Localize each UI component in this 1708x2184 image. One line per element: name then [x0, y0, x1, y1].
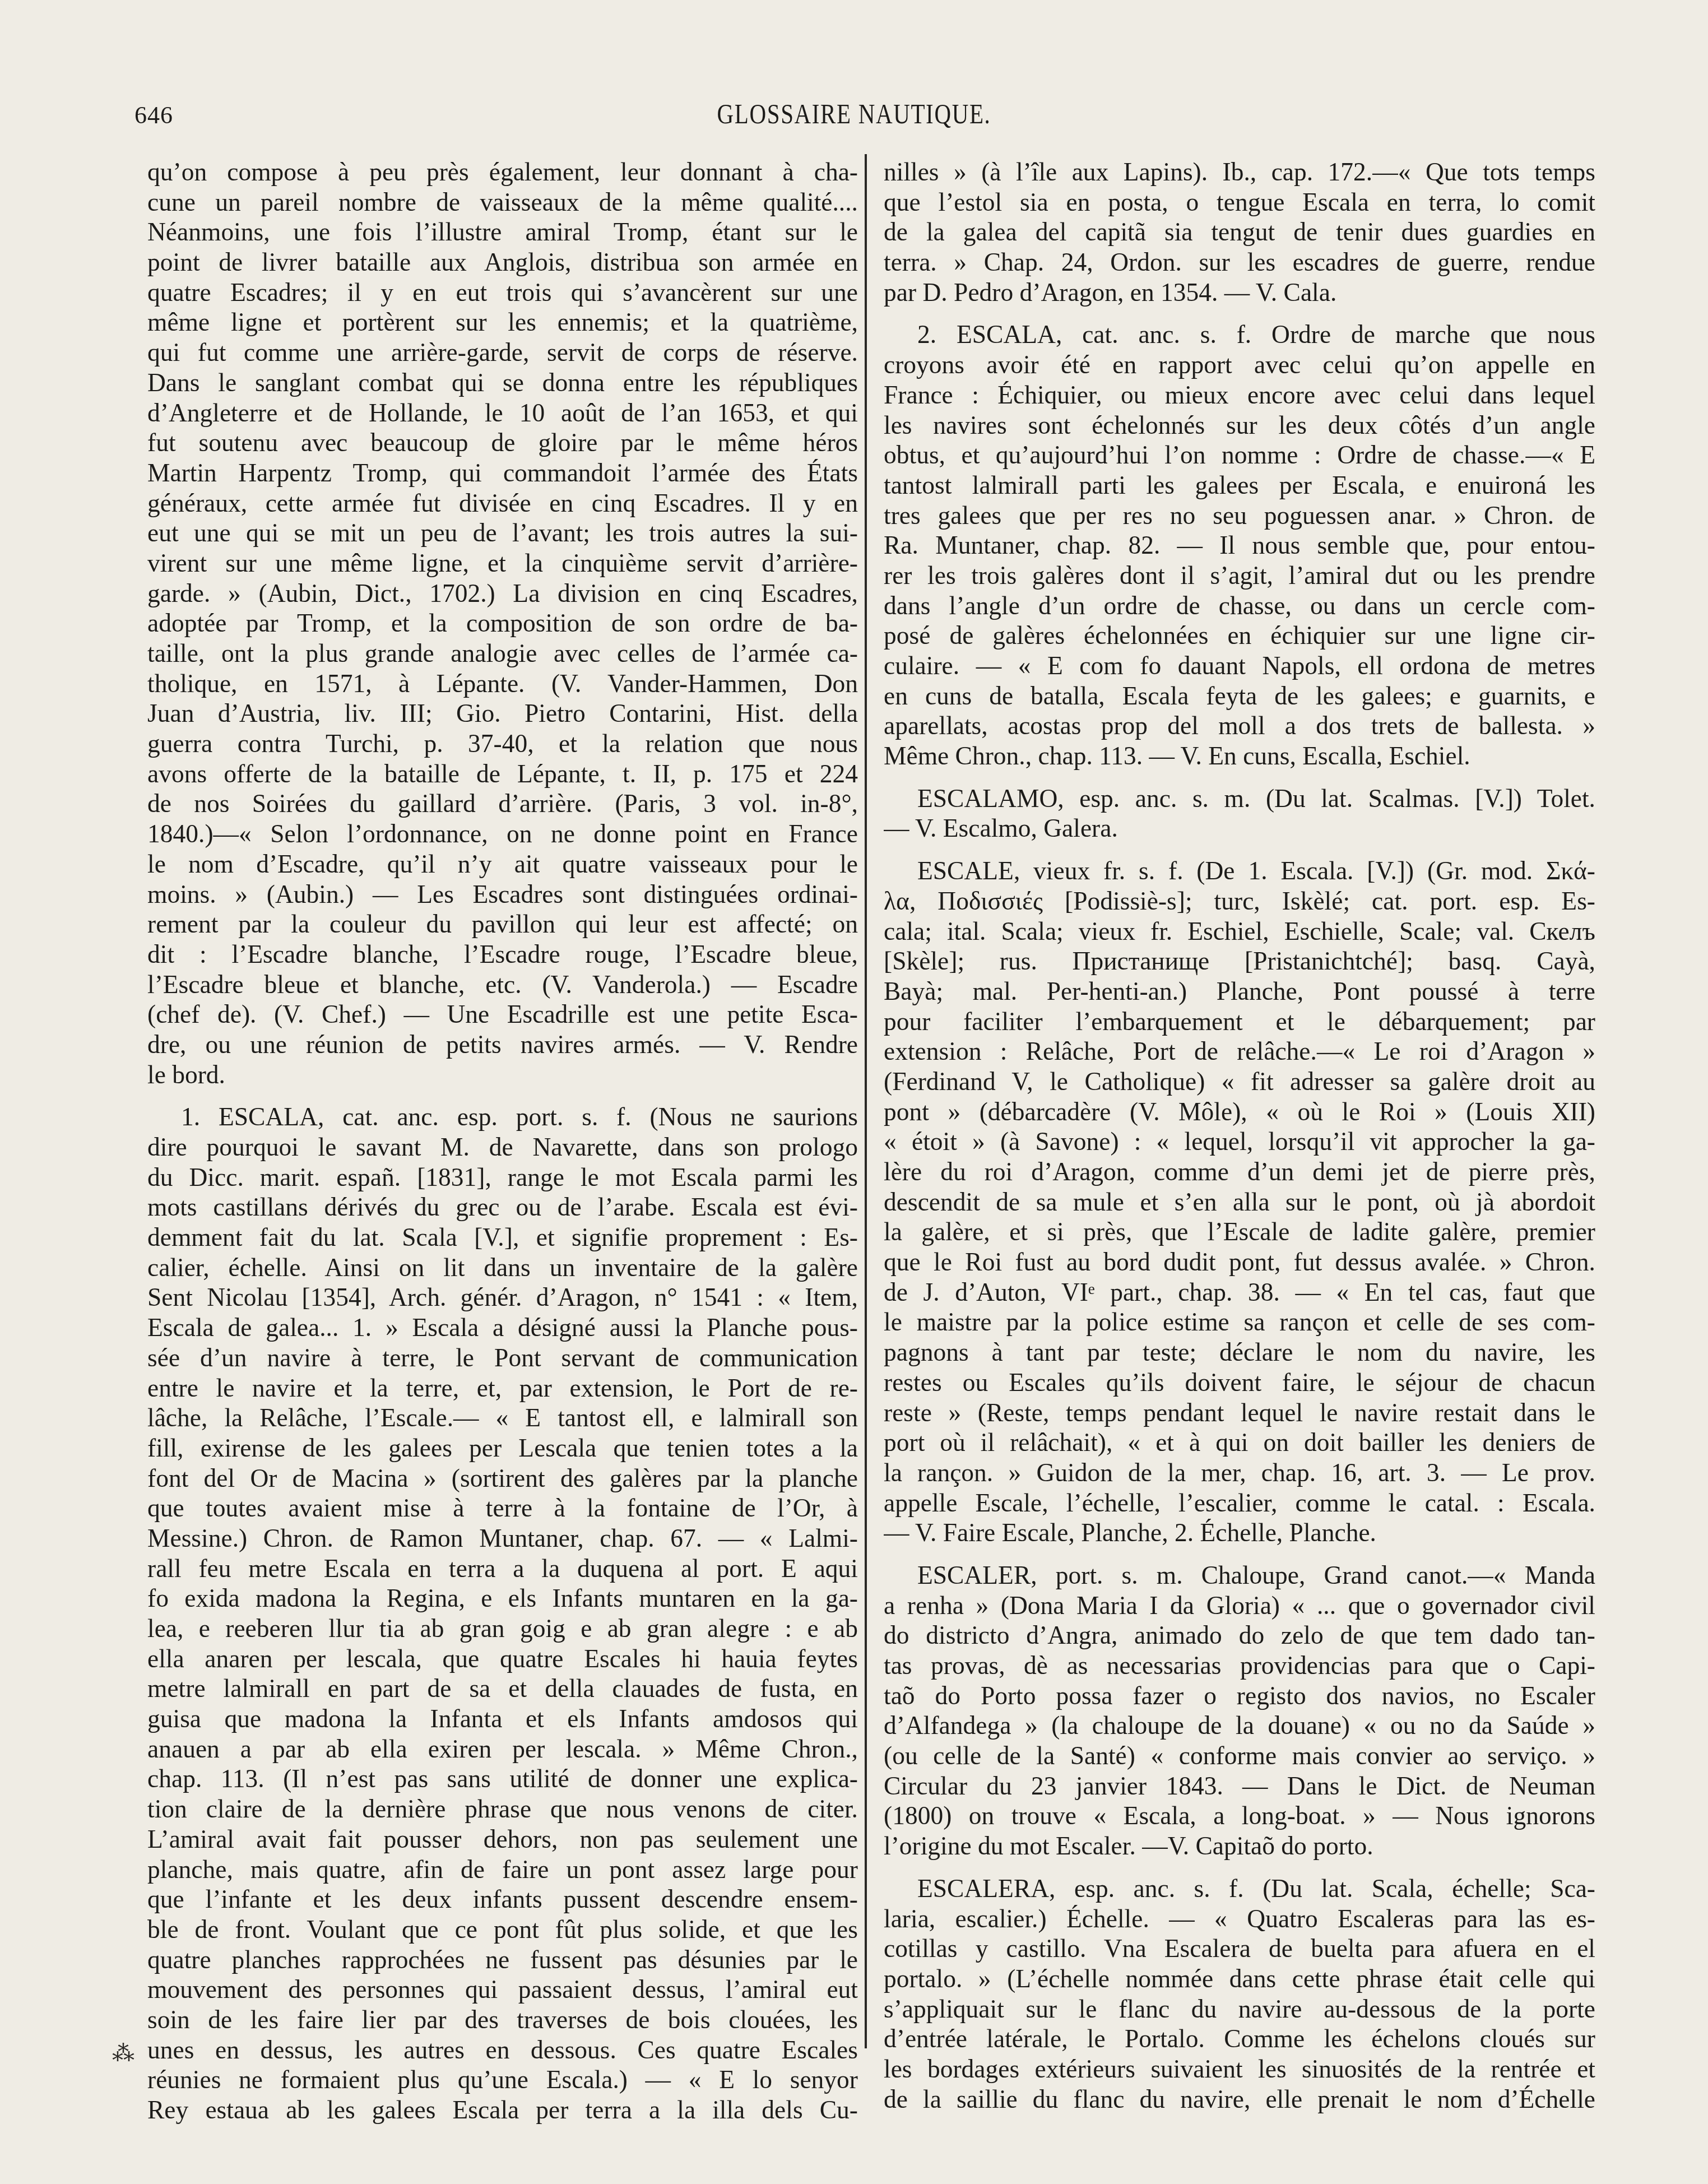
text-line: que toutes avaient mise à terre à la fon…	[147, 1493, 858, 1523]
text-line: moins. » (Aubin.) — Les Escadres sont di…	[147, 879, 858, 910]
text-line: calier, échelle. Ainsi on lit dans un in…	[147, 1253, 858, 1283]
text-line: — V. Faire Escale, Planche, 2. Échelle, …	[884, 1518, 1595, 1548]
entry-separator	[884, 307, 1595, 319]
text-line: de la galea del capitã sia tengut de ten…	[884, 217, 1595, 247]
text-line: mots castillans dérivés du grec ou de l’…	[147, 1192, 858, 1222]
text-line: quatre planches rapprochées ne fussent p…	[147, 1945, 858, 1975]
entry-separator	[884, 1548, 1595, 1560]
text-line: taõ do Porto possa fazer o registo dos n…	[884, 1681, 1595, 1711]
text-line: que l’estol sia en posta, o tengue Escal…	[884, 187, 1595, 217]
text-line: extension : Relâche, Port de relâche.—« …	[884, 1036, 1595, 1067]
text-line: la rançon. » Guidon de la mer, chap. 16,…	[884, 1458, 1595, 1488]
text-line: qu’on compose à peu près également, leur…	[147, 157, 858, 187]
text-line: rement par la couleur du pavillon qui le…	[147, 909, 858, 939]
text-line: qui fut comme une arrière-garde, servit …	[147, 337, 858, 368]
left-column-text: qu’on compose à peu près également, leur…	[147, 157, 858, 2125]
text-line: de nos Soirées du gaillard d’arrière. (P…	[147, 789, 858, 819]
text-line: (chef de). (V. Chef.) — Une Escadrille e…	[147, 999, 858, 1030]
text-line: du Dicc. marit. españ. [1831], range le …	[147, 1162, 858, 1193]
text-line: avons offerte de la bataille de Lépante,…	[147, 759, 858, 789]
text-line: do districto d’Angra, animado do zelo de…	[884, 1620, 1595, 1650]
text-line: portalo. » (L’échelle nommée dans cette …	[884, 1964, 1595, 1994]
text-line: Bayà; mal. Per-henti-an.) Planche, Pont …	[884, 976, 1595, 1007]
entry-headword-line: 2. ESCALA, cat. anc. s. f. Ordre de marc…	[884, 319, 1595, 350]
text-line: ella anaren per lescala, que quatre Esca…	[147, 1644, 858, 1674]
text-line: reste » (Reste, temps pendant lequel le …	[884, 1398, 1595, 1428]
text-line: fut soutenu avec beaucoup de gloire par …	[147, 428, 858, 458]
text-line: obtus, et qu’aujourd’hui l’on nomme : Or…	[884, 440, 1595, 470]
text-line: dre, ou une réunion de petits navires ar…	[147, 1030, 858, 1060]
text-line: que l’infante et les deux infants pussen…	[147, 1884, 858, 1914]
text-line: Juan d’Austria, liv. III; Gio. Pietro Co…	[147, 698, 858, 729]
text-line: Messine.) Chron. de Ramon Muntaner, chap…	[147, 1523, 858, 1554]
text-line: Rey estaua ab les galees Escala per terr…	[147, 2095, 858, 2125]
text-line: le nom d’Escadre, qu’il n’y ait quatre v…	[147, 849, 858, 879]
text-line: de la saillie du flanc du navire, elle p…	[884, 2084, 1595, 2115]
text-line: en cuns de batalla, Escala feyta de les …	[884, 681, 1595, 711]
text-line: d’Alfandega » (la chaloupe de la douane)…	[884, 1710, 1595, 1741]
text-line: unes en dessus, les autres en dessous. C…	[147, 2035, 858, 2065]
text-line: garde. » (Aubin, Dict., 1702.) La divisi…	[147, 578, 858, 609]
text-line: dans l’angle d’un ordre de chasse, ou da…	[884, 591, 1595, 621]
text-line: entre le navire et la terre, et, par ext…	[147, 1373, 858, 1403]
text-line: taille, ont la plus grande analogie avec…	[147, 638, 858, 669]
text-line: nilles » (à l’île aux Lapins). Ib., cap.…	[884, 157, 1595, 187]
running-head: 646 GLOSSAIRE NAUTIQUE.	[0, 90, 1708, 135]
text-line: guisa que madona la Infanta et els Infan…	[147, 1704, 858, 1734]
text-line: 1840.)—« Selon l’ordonnance, on ne donne…	[147, 819, 858, 849]
text-line: Escala de galea... 1. » Escala a désigné…	[147, 1313, 858, 1343]
text-line: quatre Escadres; il y en eut trois qui s…	[147, 277, 858, 308]
text-line: (1800) on trouve « Escala, a long-boat. …	[884, 1801, 1595, 1831]
text-line: que le Roi fust au bord dudit pont, fut …	[884, 1247, 1595, 1277]
text-line: croyons avoir été en rapport avec celui …	[884, 350, 1595, 380]
text-line: généraux, cette armée fut divisée en cin…	[147, 488, 858, 518]
text-line: font del Or de Macina » (sortirent des g…	[147, 1463, 858, 1494]
text-line: d’Angleterre et de Hollande, le 10 août …	[147, 398, 858, 428]
text-line: [Skèle]; rus. Пристанище [Pristanichtché…	[884, 946, 1595, 976]
text-line: rer les trois galères dont il s’agit, l’…	[884, 560, 1595, 591]
text-line: réunies ne formaient plus qu’une Escala.…	[147, 2065, 858, 2095]
text-line: tholique, en 1571, à Lépante. (V. Vander…	[147, 669, 858, 699]
text-line: les navires sont échelonnés sur les deux…	[884, 410, 1595, 440]
printer-signature-mark-icon: ⁂	[112, 2040, 134, 2066]
text-line: adoptée par Tromp, et la composition de …	[147, 608, 858, 638]
text-line: planche, mais quatre, afin de faire un p…	[147, 1854, 858, 1885]
text-line: pour faciliter l’embarquement et le déba…	[884, 1007, 1595, 1037]
text-line: Ra. Muntaner, chap. 82. — Il nous semble…	[884, 530, 1595, 560]
text-line: culaire. — « E com fo dauant Napols, ell…	[884, 651, 1595, 681]
text-line: descendit de sa mule et s’en alla sur le…	[884, 1187, 1595, 1217]
entry-separator	[884, 771, 1595, 783]
text-line: pagnons à tant par teste; déclare le nom…	[884, 1337, 1595, 1367]
text-line: tion claire de la dernière phrase que no…	[147, 1794, 858, 1824]
text-line: de J. d’Auton, VIᵉ part., chap. 38. — « …	[884, 1277, 1595, 1307]
text-line: posé de galères échelonnées en échiquier…	[884, 620, 1595, 651]
text-line: Sent Nicolau [1354], Arch. génér. d’Arag…	[147, 1282, 858, 1313]
text-line: (Ferdinand V, le Catholique) « fit adres…	[884, 1067, 1595, 1097]
text-line: cune un pareil nombre de vaisseaux de la…	[147, 187, 858, 217]
page-title: GLOSSAIRE NAUTIQUE.	[154, 98, 1554, 130]
text-line: dire pourquoi le savant M. de Navarette,…	[147, 1132, 858, 1162]
text-line: l’Escadre bleue et blanche, etc. (V. Van…	[147, 970, 858, 1000]
text-line: l’origine du mot Escaler. —V. Capitaõ do…	[884, 1831, 1595, 1861]
text-line: virent sur une même ligne, et la cinquiè…	[147, 548, 858, 578]
entry-separator	[884, 843, 1595, 856]
text-line: Circular du 23 janvier 1843. — Dans le D…	[884, 1771, 1595, 1801]
text-line: aparellats, acostas prop del moll a dos …	[884, 711, 1595, 741]
text-line: laria, escalier.) Échelle. — « Quatro Es…	[884, 1904, 1595, 1934]
text-line: — V. Escalmo, Galera.	[884, 813, 1595, 843]
text-line: même ligne et portèrent sur les ennemis;…	[147, 307, 858, 337]
right-column-text: nilles » (à l’île aux Lapins). Ib., cap.…	[884, 157, 1595, 2114]
text-line: Martin Harpentz Tromp, qui commandoit l’…	[147, 458, 858, 488]
text-line: L’amiral avait fait pousser dehors, non …	[147, 1824, 858, 1854]
text-line: lère du roi d’Aragon, comme d’un demi je…	[884, 1157, 1595, 1187]
text-line: terra. » Chap. 24, Ordon. sur les escadr…	[884, 247, 1595, 277]
column-divider-rule	[865, 154, 867, 2048]
text-line: mouvement des personnes qui passaient de…	[147, 1974, 858, 2005]
text-line: tres galees que per res no seu poguessen…	[884, 500, 1595, 531]
text-line: λα, Ποδισσιές [Podissiè-s]; turc, Iskèlé…	[884, 886, 1595, 916]
text-line: anauen a par ab ella exiren per lescala.…	[147, 1734, 858, 1764]
text-line: « étoit » (à Savone) : « lequel, lorsqu’…	[884, 1126, 1595, 1157]
text-line: cotillas y castillo. Vna Escalera de bue…	[884, 1933, 1595, 1964]
entry-headword-line: 1. ESCALA, cat. anc. esp. port. s. f. (N…	[147, 1102, 858, 1132]
text-line: sée d’un navire à terre, le Pont servant…	[147, 1343, 858, 1373]
text-line: tantost lalmirall parti les galees per E…	[884, 470, 1595, 500]
text-line: cala; ital. Scala; vieux fr. Eschiel, Es…	[884, 916, 1595, 947]
text-line: Dans le sanglant combat qui se donna ent…	[147, 368, 858, 398]
text-line: (ou celle de la Santé) « conforme mais c…	[884, 1741, 1595, 1771]
entry-headword-line: ESCALAMO, esp. anc. s. m. (Du lat. Scalm…	[884, 783, 1595, 814]
text-line: eut une qui se mit un peu de l’avant; le…	[147, 518, 858, 548]
text-line: par D. Pedro d’Aragon, en 1354. — V. Cal…	[884, 277, 1595, 308]
text-line: point de livrer bataille aux Anglois, di…	[147, 247, 858, 277]
text-line: restes ou Escales qu’ils doivent faire, …	[884, 1367, 1595, 1398]
text-line: chap. 113. (Il n’est pas sans utilité de…	[147, 1764, 858, 1794]
text-line: demment fait du lat. Scala [V.], et sign…	[147, 1222, 858, 1253]
text-line: fill, exirense de les galees per Lescala…	[147, 1433, 858, 1463]
text-line: appelle Escale, l’échelle, l’escalier, c…	[884, 1488, 1595, 1518]
text-line: tas provas, dè as necessarias providenci…	[884, 1650, 1595, 1681]
text-line: guerra contra Turchi, p. 37-40, et la re…	[147, 729, 858, 759]
entry-headword-line: ESCALERA, esp. anc. s. f. (Du lat. Scala…	[884, 1874, 1595, 1904]
text-line: lâche, la Relâche, l’Escale.— « E tantos…	[147, 1403, 858, 1433]
entry-separator	[147, 1089, 858, 1102]
text-line: s’appliquait sur le flanc du navire au-d…	[884, 1994, 1595, 2024]
text-line: le bord.	[147, 1060, 858, 1090]
text-line: la galère, et si près, que l’Escale de l…	[884, 1217, 1595, 1247]
text-line: rall feu metre Escala en terra a la duqu…	[147, 1554, 858, 1584]
text-line: France : Échiquier, ou mieux encore avec…	[884, 380, 1595, 410]
text-line: a renha » (Dona Maria I da Gloria) « ...…	[884, 1591, 1595, 1621]
text-line: d’entrée latérale, le Portalo. Comme les…	[884, 2024, 1595, 2054]
text-line: ble de front. Voulant que ce pont fût pl…	[147, 1914, 858, 1945]
text-line: soin de les faire lier par des traverses…	[147, 2005, 858, 2035]
text-line: metre lalmirall en part de sa et della c…	[147, 1673, 858, 1704]
entry-separator	[884, 1861, 1595, 1874]
text-line: port où il relâchait), « et à qui on doi…	[884, 1427, 1595, 1458]
text-line: fo exida madona la Regina, e els Infants…	[147, 1583, 858, 1613]
entry-headword-line: ESCALE, vieux fr. s. f. (De 1. Escala. […	[884, 856, 1595, 886]
entry-headword-line: ESCALER, port. s. m. Chaloupe, Grand can…	[884, 1560, 1595, 1591]
text-line: le maistre par la police estime sa ranço…	[884, 1307, 1595, 1337]
text-line: pont » (débarcadère (V. Môle), « où le R…	[884, 1097, 1595, 1127]
text-line: les bordages extérieurs suivaient les si…	[884, 2054, 1595, 2084]
text-line: lea, e reeberen llur tia ab gran goig e …	[147, 1613, 858, 1644]
text-line: dit : l’Escadre blanche, l’Escadre rouge…	[147, 939, 858, 970]
text-line: Néanmoins, une fois l’illustre amiral Tr…	[147, 217, 858, 247]
text-line: Même Chron., chap. 113. — V. En cuns, Es…	[884, 741, 1595, 771]
